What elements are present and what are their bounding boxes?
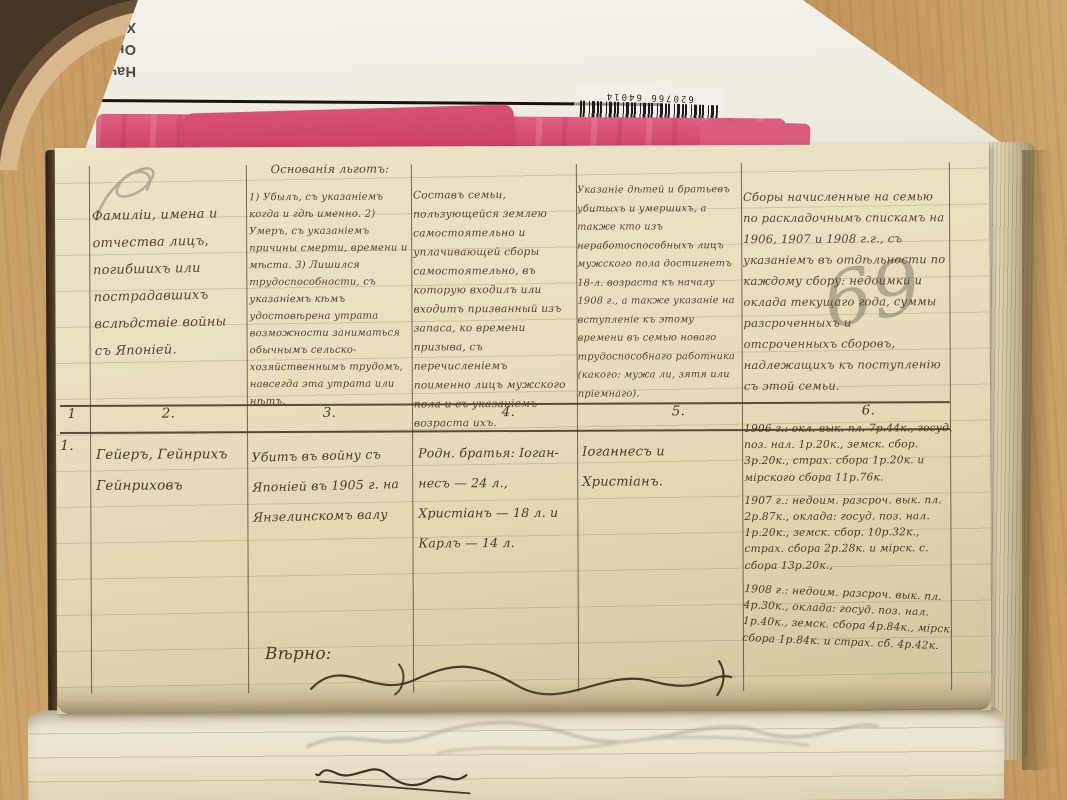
ledger-page: 69 Фамиліи, имена и отчества лицъ, погиб… — [55, 144, 991, 714]
bottom-lined-page — [28, 704, 1005, 800]
header-col3-title: Основанія льготъ: — [251, 161, 409, 176]
row1-fees: 1906 г.: окл. вык. пл. 7р.44к., госуд. п… — [744, 420, 957, 653]
row1-fees-1908: 1908 г.: недоим. разсроч. вык. пл. 4р.30… — [742, 581, 956, 654]
header-col3-grounds: 1) Убылъ, съ указаніемъ когда и гдѣ имен… — [249, 188, 410, 410]
photo-of-archival-ledger: Нача Окон Хран 620766 64014 — [0, 0, 1067, 800]
row1-basis: Убитъ въ войну съ Японіей въ 1905 г. на … — [251, 439, 405, 533]
colnum-3: 3. — [247, 404, 412, 421]
inverted-inscription-scrawl — [307, 756, 479, 800]
colnum-5: 5. — [596, 403, 761, 420]
row1-number: 1. — [60, 438, 74, 454]
header-col5-indication: Указаніе дѣтей и братьевъ убитыхъ и умер… — [577, 181, 736, 404]
header-col4-family: Составъ семьи, пользующейся землею самос… — [413, 186, 568, 434]
row1-family: Родн. братья: Іоган- несъ — 24 л., Христ… — [418, 438, 574, 559]
colnum-6: 6. — [766, 402, 971, 419]
header-col6-fees: Сборы начисленные на семью по раскладочн… — [743, 186, 948, 397]
book-drop-shadow — [1022, 150, 1052, 770]
row1-indication: Іоганнесъ и Христіанъ. — [582, 437, 732, 498]
official-signature-scrawl — [303, 643, 743, 709]
row1-fees-1907: 1907 г.: недоим. разсроч. вык. пл. 2р.87… — [744, 492, 956, 574]
header-col2-names: Фамиліи, имена и отчества лицъ, погибших… — [92, 200, 247, 365]
colnum-2: 2. — [90, 405, 247, 422]
colnum-1: 1 — [58, 406, 86, 422]
row1-fees-1906: 1906 г.: окл. вык. пл. 7р.44к., госуд. п… — [744, 420, 956, 486]
row1-name: Гейеръ, Гейнрихъ Гейнриховъ — [96, 439, 248, 502]
colnum-4: 4. — [426, 404, 591, 421]
ink-showthrough-scrawl — [288, 704, 888, 760]
